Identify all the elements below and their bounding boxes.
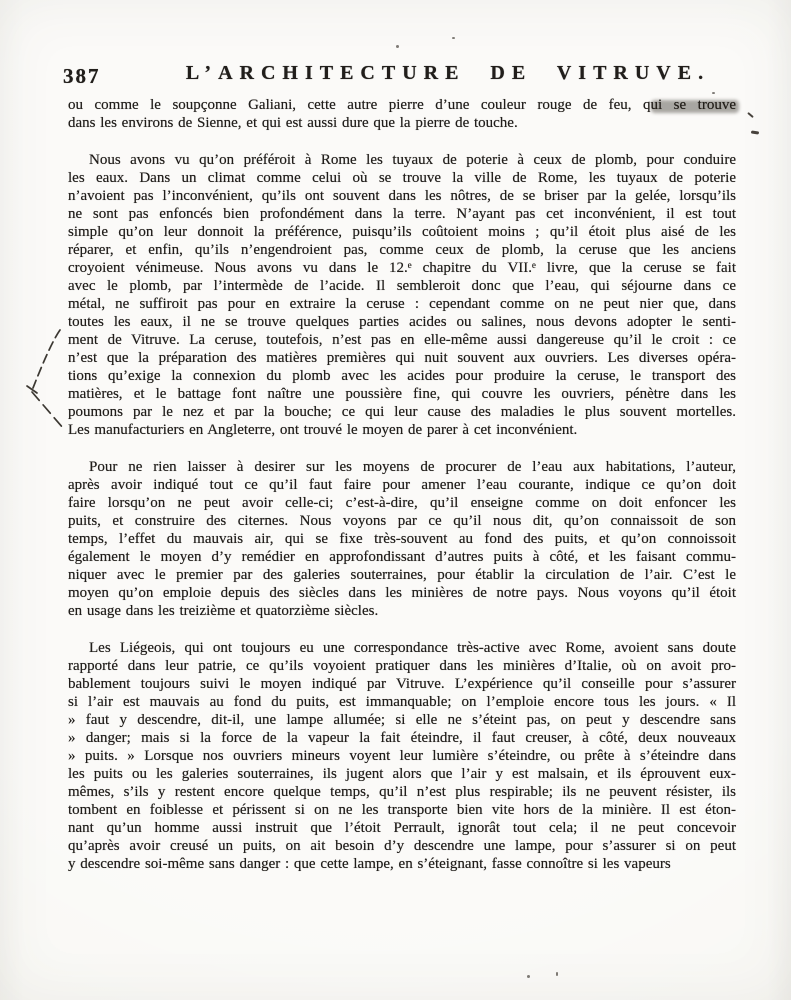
- ink-speck: [747, 112, 754, 118]
- paragraph: Pour ne rien laisser à desirer sur les m…: [68, 458, 736, 620]
- text-line: bablement toujours suivi le moyen indiqu…: [68, 675, 736, 693]
- text-line: temps, l’effet du mauvais air, qui se fi…: [68, 530, 736, 548]
- text-line: croyoient vénimeuse. Nous avons vu dans …: [68, 259, 736, 277]
- paragraph: Nous avons vu qu’on préféroit à Rome les…: [68, 151, 736, 439]
- text-line: niquer avec le premier par des galeries …: [68, 566, 736, 584]
- paragraph: Les Liégeois, qui ont toujours eu une co…: [68, 639, 736, 873]
- ink-speck: [396, 45, 399, 48]
- text-line: y descendre soi-même sans danger : que c…: [68, 855, 736, 873]
- text-line: dans les environs de Sienne, et qui est …: [68, 114, 736, 132]
- text-line: également le moyen d’y remédier en appro…: [68, 548, 736, 566]
- text-line: si l’air est mauvais au fond du puits, e…: [68, 693, 736, 711]
- text-line: ou comme le soupçonne Galiani, cette aut…: [68, 96, 736, 114]
- text-line: » puits. » Lorsque nos ouvriers mineurs …: [68, 747, 736, 765]
- text-line: ne sont pas enfoncés bien profondément d…: [68, 205, 736, 223]
- page-number: 387: [63, 64, 101, 89]
- ink-speck: [712, 92, 715, 94]
- text-line: réparer, et enfin, qu’ils n’engendroient…: [68, 241, 736, 259]
- text-line: » danger; mais si la force de la vapeur …: [68, 729, 736, 747]
- ink-speck: [556, 972, 558, 976]
- text-line: nant qu’un homme aussi instruit que l’ét…: [68, 819, 736, 837]
- text-line: tions qu’exige la connexion du plomb ave…: [68, 367, 736, 385]
- text-line: toutes les eaux, il ne se trouve quelque…: [68, 313, 736, 331]
- page-body: ou comme le soupçonne Galiani, cette aut…: [68, 96, 736, 873]
- text-line: en usage dans les treizième et quatorziè…: [68, 602, 736, 620]
- text-line: Les Liégeois, qui ont toujours eu une co…: [68, 639, 736, 657]
- text-line: faire lorsqu’on ne peut avoir celle-ci; …: [68, 494, 736, 512]
- text-line: Pour ne rien laisser à desirer sur les m…: [68, 458, 736, 476]
- text-line: poumons par le nez et par la bouche; ce …: [68, 403, 736, 421]
- text-line: puits, et construire des citernes. Nous …: [68, 512, 736, 530]
- text-line: avec le plomb, par l’intermède de l’acid…: [68, 277, 736, 295]
- text-line: métal, ne suffiroit pas pour en extraire…: [68, 295, 736, 313]
- ink-speck: [527, 975, 530, 978]
- text-line: n’est que la préparation des matières pr…: [68, 349, 736, 367]
- ink-speck: [452, 37, 455, 39]
- text-line: moyen qu’on emploie depuis des siècles d…: [68, 584, 736, 602]
- book-page: 387 L’ARCHITECTURE DE VITRUVE. ou comme …: [0, 0, 791, 1000]
- text-line: mêmes, s’ils y restent encore quelque te…: [68, 783, 736, 801]
- text-line: ment de Vitruve. La ceruse, toutefois, n…: [68, 331, 736, 349]
- text-line: » faut y descendre, dit-il, une lampe al…: [68, 711, 736, 729]
- text-line: les puits ou les galeries souterraines, …: [68, 765, 736, 783]
- text-line: n’avoient pas l’inconvénient, qu’ils ont…: [68, 187, 736, 205]
- ink-speck: [751, 130, 759, 134]
- text-line: Les manufacturiers en Angleterre, ont tr…: [68, 421, 736, 439]
- margin-pen-mark: [8, 316, 72, 440]
- text-line: simple qu’on leur donnoit la préférence,…: [68, 223, 736, 241]
- text-line: les eaux. Dans un climat comme celui où …: [68, 169, 736, 187]
- paragraph: ou comme le soupçonne Galiani, cette aut…: [68, 96, 736, 132]
- running-title: L’ARCHITECTURE DE VITRUVE.: [105, 62, 791, 85]
- text-line: Nous avons vu qu’on préféroit à Rome les…: [68, 151, 736, 169]
- text-line: tombent en foiblesse et périssent si on …: [68, 801, 736, 819]
- text-line: matières, et le battage font naître une …: [68, 385, 736, 403]
- text-line: après avoir indiqué tout ce qu’il faut f…: [68, 476, 736, 494]
- text-line: rapporté dans leur patrie, ce qu’ils voy…: [68, 657, 736, 675]
- text-line: qu’après avoir creusé un puits, on ait b…: [68, 837, 736, 855]
